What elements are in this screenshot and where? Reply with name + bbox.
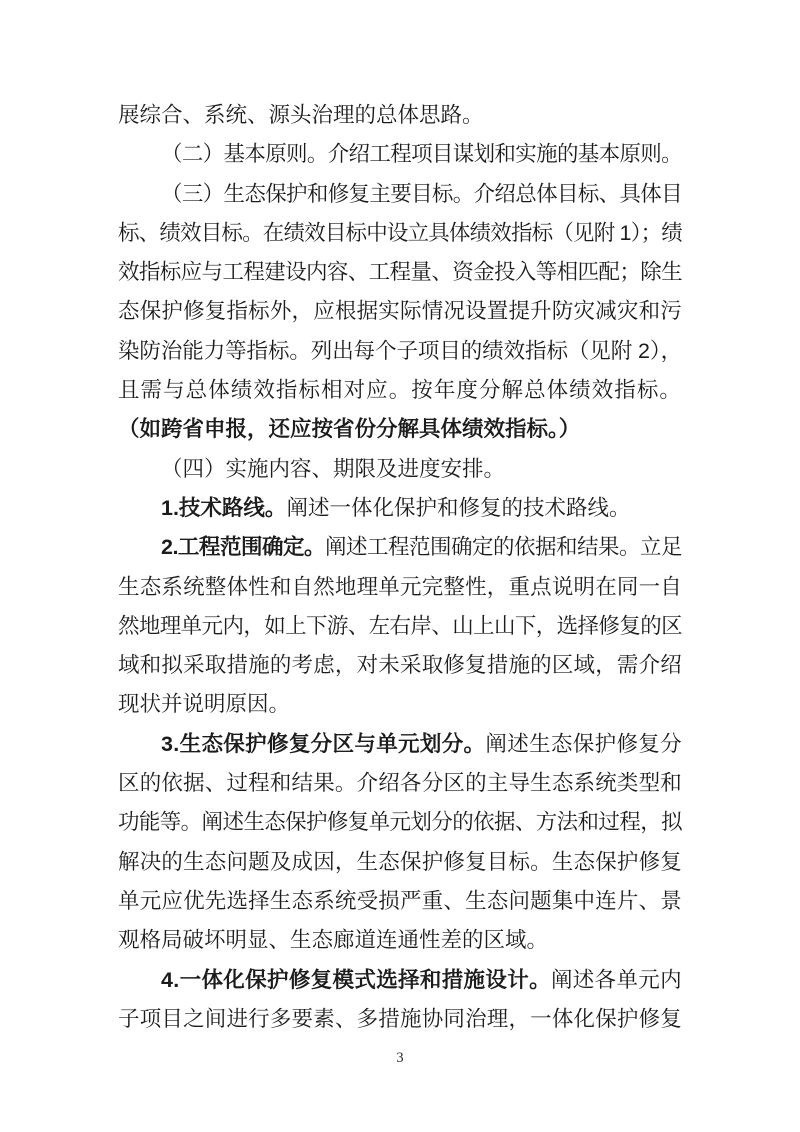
text-line: 生态系统整体性和自然地理单元完整性，重点说明在同一自 [118, 568, 682, 607]
bold-text-segment: （如跨省申报，还应按省份分解具体绩效指标。） [118, 417, 580, 441]
line-content: 4.一体化保护修复模式选择和措施设计。阐述各单元内 [161, 961, 682, 1000]
text-line: （三）生态保护和修复主要目标。介绍总体目标、具体目 [118, 175, 682, 214]
line-content: 3.生态保护修复分区与单元划分。阐述生态保护修复分 [161, 725, 682, 764]
text-segment: 阐述工程范围确定的依据和结果。立足 [325, 535, 682, 559]
text-segment: 效指标应与工程建设内容、工程量、资金投入等相匹配；除生 [118, 260, 682, 284]
line-content: 效指标应与工程建设内容、工程量、资金投入等相匹配；除生 [118, 253, 682, 292]
text-segment: 展综合、系统、源头治理的总体思路。 [118, 103, 484, 127]
line-content: 生态系统整体性和自然地理单元完整性，重点说明在同一自 [118, 568, 682, 607]
text-line: 4.一体化保护修复模式选择和措施设计。阐述各单元内 [118, 961, 682, 1000]
text-line: 解决的生态问题及成因，生态保护修复目标。生态保护修复 [118, 843, 682, 882]
text-line: 标、绩效目标。在绩效目标中设立具体绩效指标（见附 1）；绩 [118, 214, 682, 253]
bold-text-segment: 4.一体化保护修复模式选择和措施设计。 [161, 968, 551, 992]
line-content: 标、绩效目标。在绩效目标中设立具体绩效指标（见附 1）；绩 [118, 214, 682, 253]
text-segment: 子项目之间进行多要素、多措施协同治理，一体化保护修复 [118, 1007, 682, 1031]
text-line: 态保护修复指标外，应根据实际情况设置提升防灾减灾和污 [118, 292, 682, 331]
line-content: 展综合、系统、源头治理的总体思路。 [118, 96, 484, 135]
bold-text-segment: 2.工程范围确定。 [161, 535, 325, 559]
text-segment: （四）实施内容、期限及进度安排。 [161, 457, 505, 481]
text-line: 1.技术路线。阐述一体化保护和修复的技术路线。 [118, 489, 682, 528]
line-content: 态保护修复指标外，应根据实际情况设置提升防灾减灾和污 [118, 292, 682, 331]
text-line: 展综合、系统、源头治理的总体思路。 [118, 96, 682, 135]
text-line: 现状并说明原因。 [118, 685, 682, 724]
text-segment: （三）生态保护和修复主要目标。介绍总体目标、具体目 [161, 182, 682, 206]
text-segment: 观格局破坏明显、生态廊道连通性差的区域。 [118, 928, 548, 952]
line-content: 现状并说明原因。 [118, 685, 290, 724]
text-segment: 染防治能力等指标。列出每个子项目的绩效指标（见附 2）， [118, 339, 682, 363]
text-segment: （二）基本原则。介绍工程项目谋划和实施的基本原则。 [161, 142, 682, 166]
text-line: 效指标应与工程建设内容、工程量、资金投入等相匹配；除生 [118, 253, 682, 292]
text-segment: 单元应优先选择生态系统受损严重、生态问题集中连片、景 [118, 889, 682, 913]
line-content: 2.工程范围确定。阐述工程范围确定的依据和结果。立足 [161, 528, 682, 567]
text-line: 然地理单元内，如上下游、左右岸、山上山下，选择修复的区 [118, 607, 682, 646]
text-segment: 阐述各单元内 [551, 968, 682, 992]
text-segment: 解决的生态问题及成因，生态保护修复目标。生态保护修复 [118, 850, 682, 874]
bold-text-segment: 1.技术路线。 [161, 496, 286, 520]
line-content: （如跨省申报，还应按省份分解具体绩效指标。） [118, 410, 580, 449]
line-content: 子项目之间进行多要素、多措施协同治理，一体化保护修复 [118, 1000, 682, 1039]
bold-text-segment: 3.生态保护修复分区与单元划分。 [161, 732, 485, 756]
text-line: 子项目之间进行多要素、多措施协同治理，一体化保护修复 [118, 1000, 682, 1039]
line-content: （二）基本原则。介绍工程项目谋划和实施的基本原则。 [161, 135, 682, 174]
text-segment: 然地理单元内，如上下游、左右岸、山上山下，选择修复的区 [118, 614, 682, 638]
text-segment: 域和拟采取措施的考虑，对未采取修复措施的区域，需介绍 [118, 653, 682, 677]
text-line: 区的依据、过程和结果。介绍各分区的主导生态系统类型和 [118, 764, 682, 803]
line-content: （四）实施内容、期限及进度安排。 [161, 450, 505, 489]
line-content: 1.技术路线。阐述一体化保护和修复的技术路线。 [161, 489, 630, 528]
text-line: （如跨省申报，还应按省份分解具体绩效指标。） [118, 410, 682, 449]
text-line: （二）基本原则。介绍工程项目谋划和实施的基本原则。 [118, 135, 682, 174]
text-line: 2.工程范围确定。阐述工程范围确定的依据和结果。立足 [118, 528, 682, 567]
text-segment: 区的依据、过程和结果。介绍各分区的主导生态系统类型和 [118, 771, 682, 795]
line-content: 域和拟采取措施的考虑，对未采取修复措施的区域，需介绍 [118, 646, 682, 685]
text-line: 且需与总体绩效指标相对应。按年度分解总体绩效指标。 [118, 371, 682, 410]
text-line: 3.生态保护修复分区与单元划分。阐述生态保护修复分 [118, 725, 682, 764]
text-segment: 生态系统整体性和自然地理单元完整性，重点说明在同一自 [118, 575, 682, 599]
text-line: 染防治能力等指标。列出每个子项目的绩效指标（见附 2）， [118, 332, 682, 371]
line-content: 观格局破坏明显、生态廊道连通性差的区域。 [118, 921, 548, 960]
line-content: 且需与总体绩效指标相对应。按年度分解总体绩效指标。 [118, 371, 682, 410]
page-number: 3 [0, 1047, 800, 1069]
text-segment: 态保护修复指标外，应根据实际情况设置提升防灾减灾和污 [118, 299, 682, 323]
line-content: 单元应优先选择生态系统受损严重、生态问题集中连片、景 [118, 882, 682, 921]
text-segment: 且需与总体绩效指标相对应。按年度分解总体绩效指标。 [118, 378, 682, 402]
text-line: 域和拟采取措施的考虑，对未采取修复措施的区域，需介绍 [118, 646, 682, 685]
text-line: 单元应优先选择生态系统受损严重、生态问题集中连片、景 [118, 882, 682, 921]
text-line: 功能等。阐述生态保护修复单元划分的依据、方法和过程，拟 [118, 803, 682, 842]
text-line: （四）实施内容、期限及进度安排。 [118, 450, 682, 489]
text-line: 观格局破坏明显、生态廊道连通性差的区域。 [118, 921, 682, 960]
line-content: 染防治能力等指标。列出每个子项目的绩效指标（见附 2）， [118, 332, 682, 371]
line-content: （三）生态保护和修复主要目标。介绍总体目标、具体目 [161, 175, 682, 214]
text-segment: 现状并说明原因。 [118, 692, 290, 716]
text-segment: 阐述生态保护修复分 [485, 732, 682, 756]
text-segment: 功能等。阐述生态保护修复单元划分的依据、方法和过程，拟 [118, 810, 682, 834]
line-content: 解决的生态问题及成因，生态保护修复目标。生态保护修复 [118, 843, 682, 882]
line-content: 区的依据、过程和结果。介绍各分区的主导生态系统类型和 [118, 764, 682, 803]
line-content: 然地理单元内，如上下游、左右岸、山上山下，选择修复的区 [118, 607, 682, 646]
line-content: 功能等。阐述生态保护修复单元划分的依据、方法和过程，拟 [118, 803, 682, 842]
document-page: 展综合、系统、源头治理的总体思路。（二）基本原则。介绍工程项目谋划和实施的基本原… [0, 0, 800, 1132]
text-segment: 阐述一体化保护和修复的技术路线。 [286, 496, 630, 520]
document-text-block: 展综合、系统、源头治理的总体思路。（二）基本原则。介绍工程项目谋划和实施的基本原… [118, 96, 682, 1039]
text-segment: 标、绩效目标。在绩效目标中设立具体绩效指标（见附 1）；绩 [118, 221, 682, 245]
